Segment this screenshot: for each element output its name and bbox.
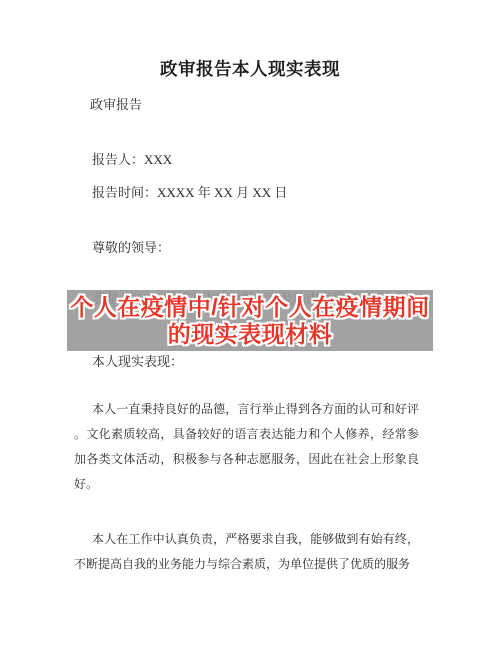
- watermark-line-1: 个人在疫情中/针对个人在疫情期间: [70, 294, 429, 321]
- document-page: 政审报告本人现实表现 政审报告 报告人：XXX 报告时间：XXXX 年 XX 月…: [0, 0, 500, 647]
- section-label: 本人现实表现：: [92, 351, 183, 370]
- doc-type-label: 政审报告: [90, 94, 142, 113]
- work-paragraph: 本人在工作中认真负责，严格要求自我，能够做到有始有终，不断提高自我的业务能力与综…: [74, 527, 419, 577]
- salutation-line: 尊敬的领导：: [92, 237, 170, 256]
- page-title: 政审报告本人现实表现: [0, 56, 500, 81]
- conduct-paragraph: 本人一直秉持良好的品德，言行举止得到各方面的认可和好评。文化素质较高，具备较好的…: [74, 397, 419, 497]
- reporter-line: 报告人：XXX: [92, 149, 172, 168]
- watermark-line-2: 的现实表现材料: [168, 321, 333, 348]
- report-time-line: 报告时间：XXXX 年 XX 月 XX 日: [92, 182, 287, 201]
- watermark-banner: 个人在疫情中/针对个人在疫情期间 的现实表现材料: [67, 290, 433, 351]
